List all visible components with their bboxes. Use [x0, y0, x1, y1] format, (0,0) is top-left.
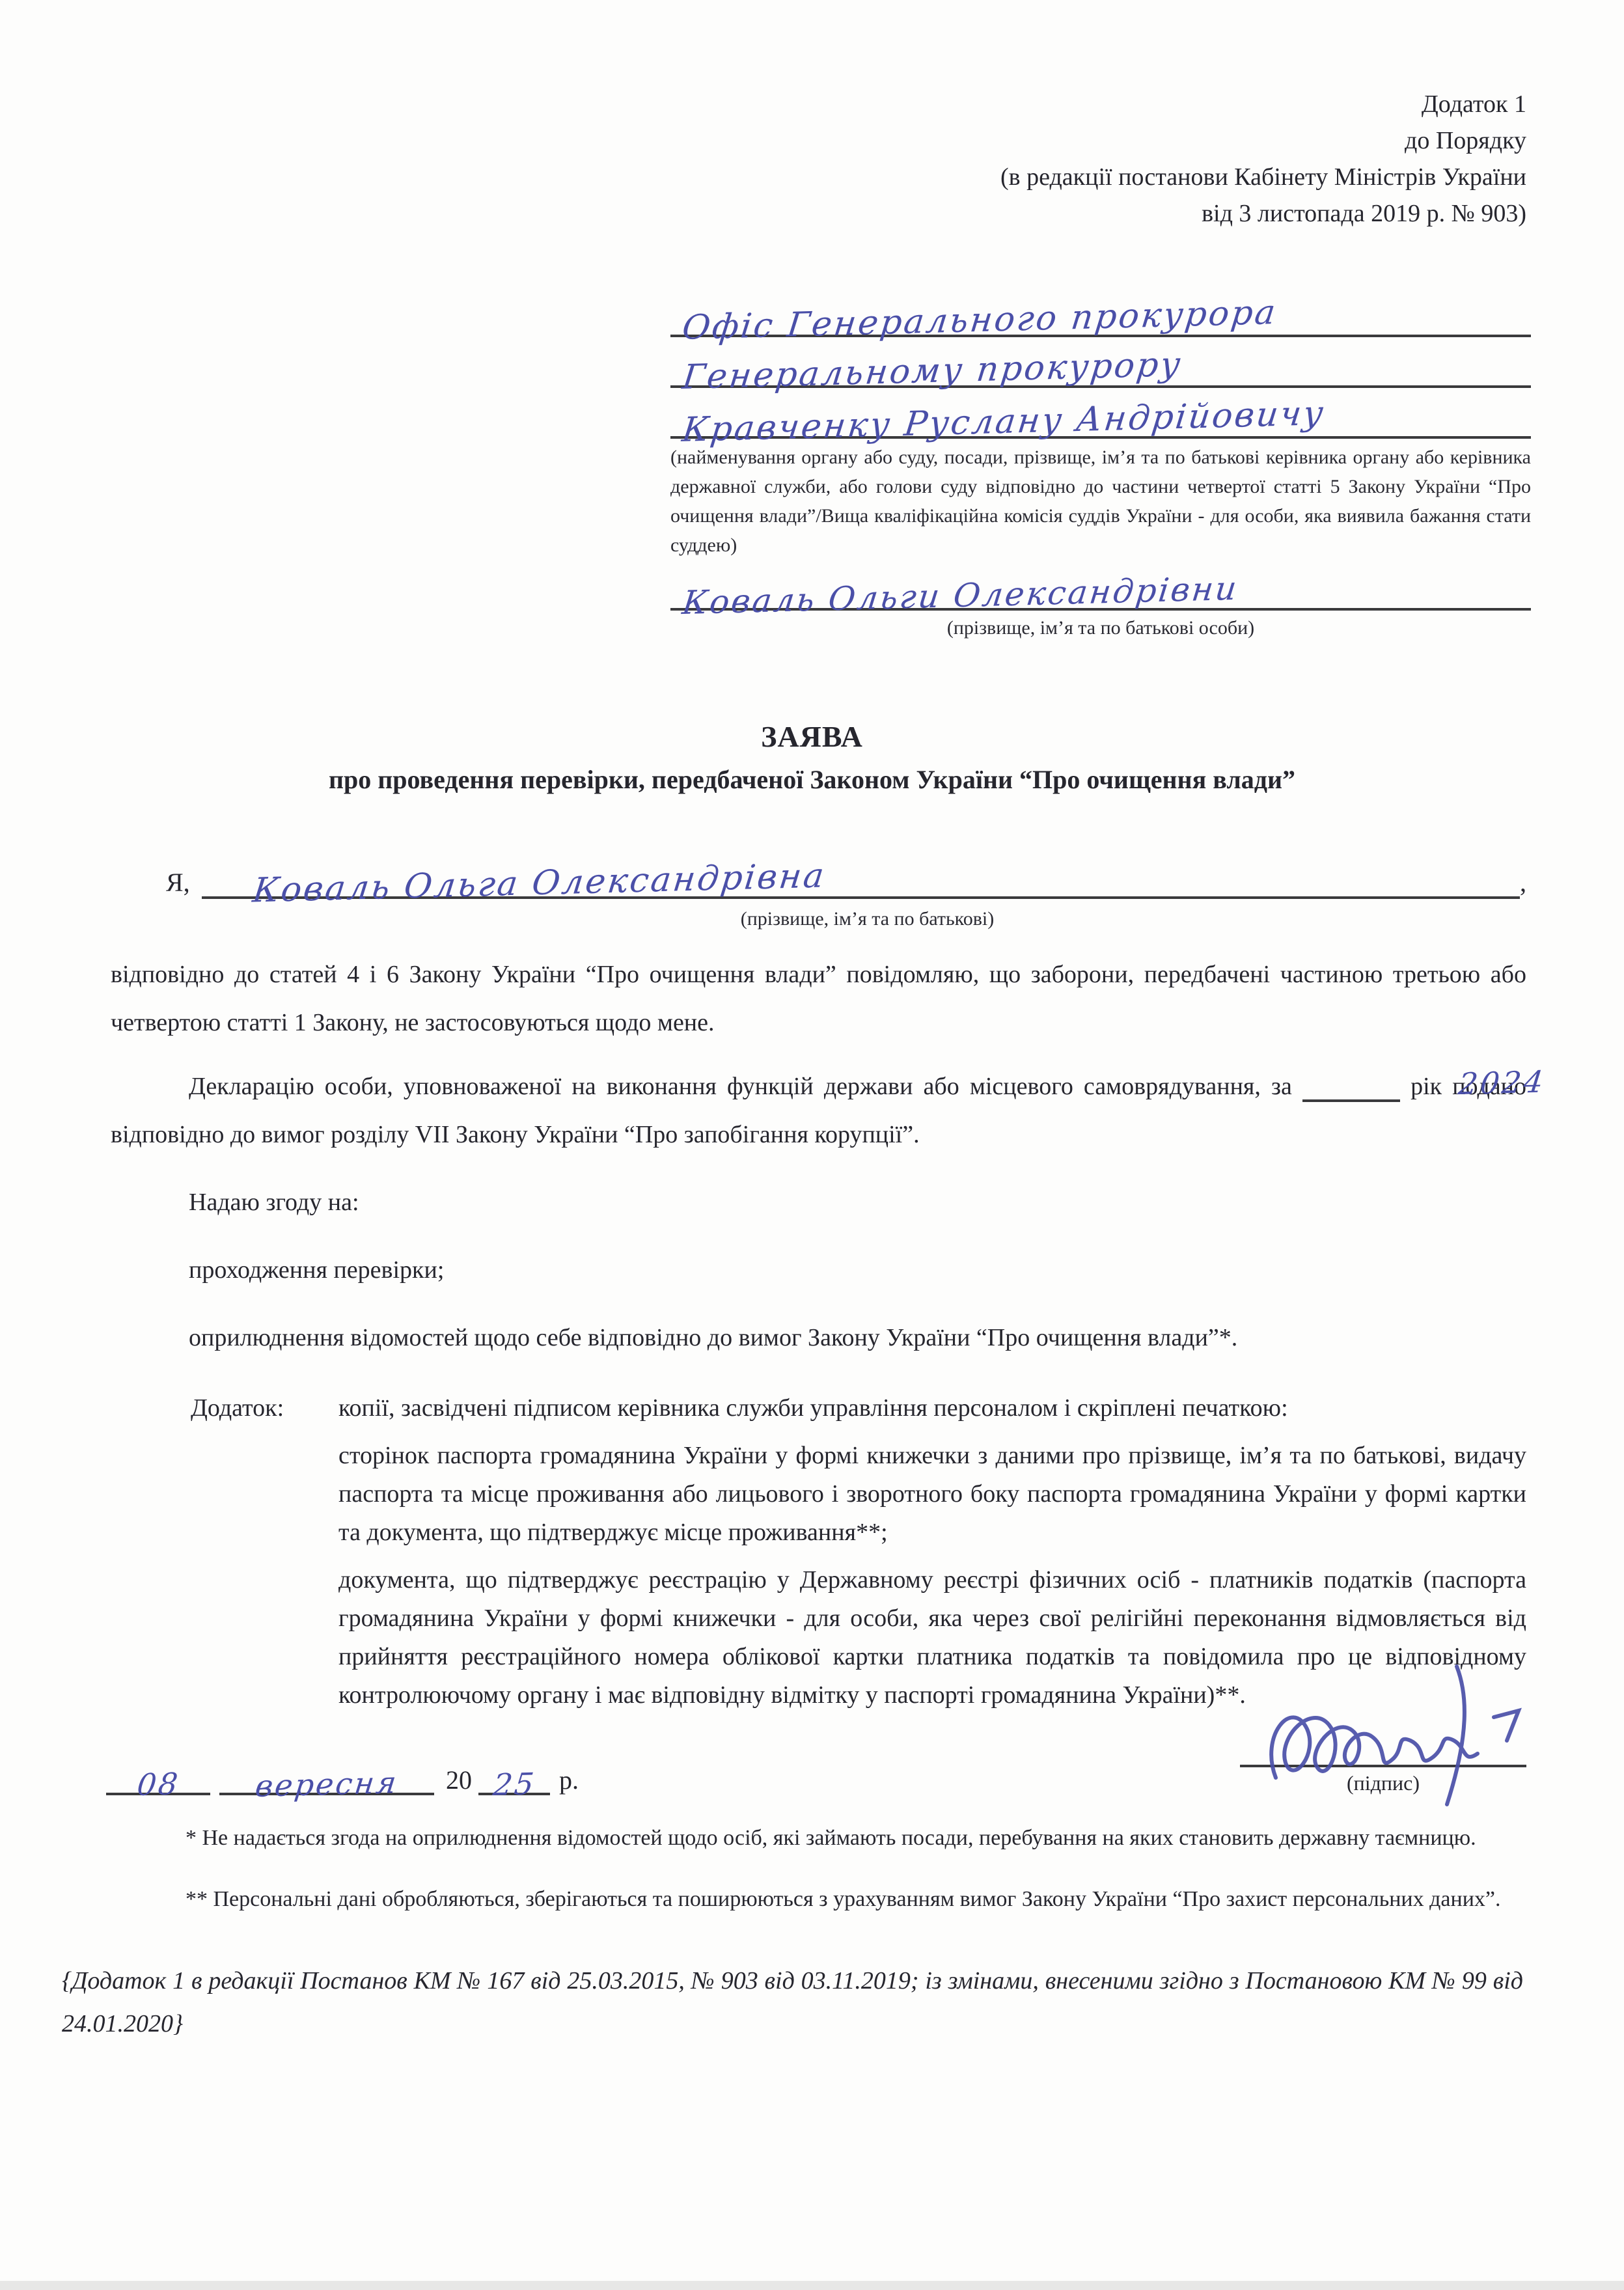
footnote-secrecy: * Не надається згода на оприлюднення від… — [111, 1819, 1526, 1858]
paragraph-statement: відповідно до статей 4 і 6 Закону Україн… — [111, 950, 1526, 1047]
consent-item-check: проходження перевірки; — [111, 1246, 1526, 1294]
signature-block: (підпис) — [1240, 1758, 1526, 1795]
document-subtitle: про проведення перевірки, передбаченої З… — [0, 764, 1624, 795]
handwritten-addressee-name: Кравченку Руслану Андрійовичу — [680, 394, 1327, 450]
declarant-writeline: Коваль Ольга Олександрівна — [202, 842, 1520, 899]
consent-intro: Надаю згоду на: — [111, 1178, 1526, 1226]
date-block: 08 вересня 20 25 р. — [106, 1747, 579, 1795]
signature-caption: (підпис) — [1240, 1771, 1526, 1795]
applicant-writeline: Коваль Ольги Олександрівни — [670, 560, 1531, 611]
annex-list: Додаток: копії, засвідчені підписом кері… — [111, 1389, 1526, 1715]
annex-header-line: Додаток 1 — [0, 86, 1526, 122]
date-year-writeline: 25 — [478, 1747, 550, 1795]
paragraph-declaration: Декларацію особи, уповноваженої на викон… — [111, 1062, 1526, 1159]
handwritten-date-year: 25 — [491, 1766, 538, 1802]
annex-list-items: копії, засвідчені підписом керівника слу… — [338, 1389, 1526, 1715]
footnote-personal-data: ** Персональні дані обробляються, зберіг… — [111, 1880, 1526, 1919]
annex-item-copies: копії, засвідчені підписом керівника слу… — [338, 1389, 1526, 1428]
handwritten-declaration-year: 2024 — [1379, 1069, 1547, 1099]
consent-item-publication: оприлюднення відомостей щодо себе відпов… — [111, 1314, 1526, 1362]
annex-item-tax-registry: документа, що підтверджує реєстрацію у Д… — [338, 1561, 1526, 1715]
annex-header-line: від 3 листопада 2019 р. № 903) — [0, 195, 1526, 232]
annex-header-line: до Порядку — [0, 122, 1526, 159]
date-signature-row: 08 вересня 20 25 р. (підпис) — [106, 1747, 1526, 1795]
annex-item-passport-pages: сторінок паспорта громадянина України у … — [338, 1437, 1526, 1552]
date-month-writeline: вересня — [219, 1747, 434, 1795]
date-day-writeline: 08 — [106, 1747, 210, 1795]
annex-header-line: (в редакції постанови Кабінету Міністрів… — [0, 159, 1526, 195]
addressee-writeline-2: Генеральному прокурору — [670, 337, 1531, 388]
signature-writeline — [1240, 1758, 1526, 1767]
declarant-row: Я, Коваль Ольга Олександрівна , — [166, 842, 1526, 899]
handwritten-declarant-name: Коваль Ольга Олександрівна — [251, 857, 828, 911]
scan-edge-artifact — [0, 2281, 1624, 2290]
date-year-suffix: р. — [550, 1765, 579, 1795]
declaration-year-writeline: 2024 — [1302, 1071, 1400, 1102]
addressee-writeline-3: Кравченку Руслану Андрійовичу — [670, 388, 1531, 439]
addressee-block: Офіс Генерального прокурора Генеральному… — [670, 272, 1531, 642]
declaration-text-before: Декларацію особи, уповноваженої на викон… — [189, 1073, 1292, 1100]
trailing-comma: , — [1520, 867, 1526, 899]
annex-list-label: Додаток: — [111, 1389, 338, 1715]
annex-header: Додаток 1 до Порядку (в редакції постано… — [0, 86, 1526, 232]
handwritten-date-month: вересня — [253, 1765, 400, 1804]
declarant-caption: (прізвище, ім’я та по батькові) — [221, 904, 1513, 933]
scanned-document-page: Додаток 1 до Порядку (в редакції постано… — [0, 0, 1624, 2290]
addressee-caption: (найменування органу або суду, посади, п… — [670, 443, 1531, 560]
handwritten-date-day: 08 — [135, 1766, 182, 1802]
date-century-printed: 20 — [434, 1765, 472, 1795]
addressee-writeline-1: Офіс Генерального прокурора — [670, 272, 1531, 337]
revision-note: {Додаток 1 в редакції Постанов КМ № 167 … — [62, 1959, 1523, 2045]
declarant-label: Я, — [166, 867, 190, 899]
document-title: ЗАЯВА — [0, 719, 1624, 754]
